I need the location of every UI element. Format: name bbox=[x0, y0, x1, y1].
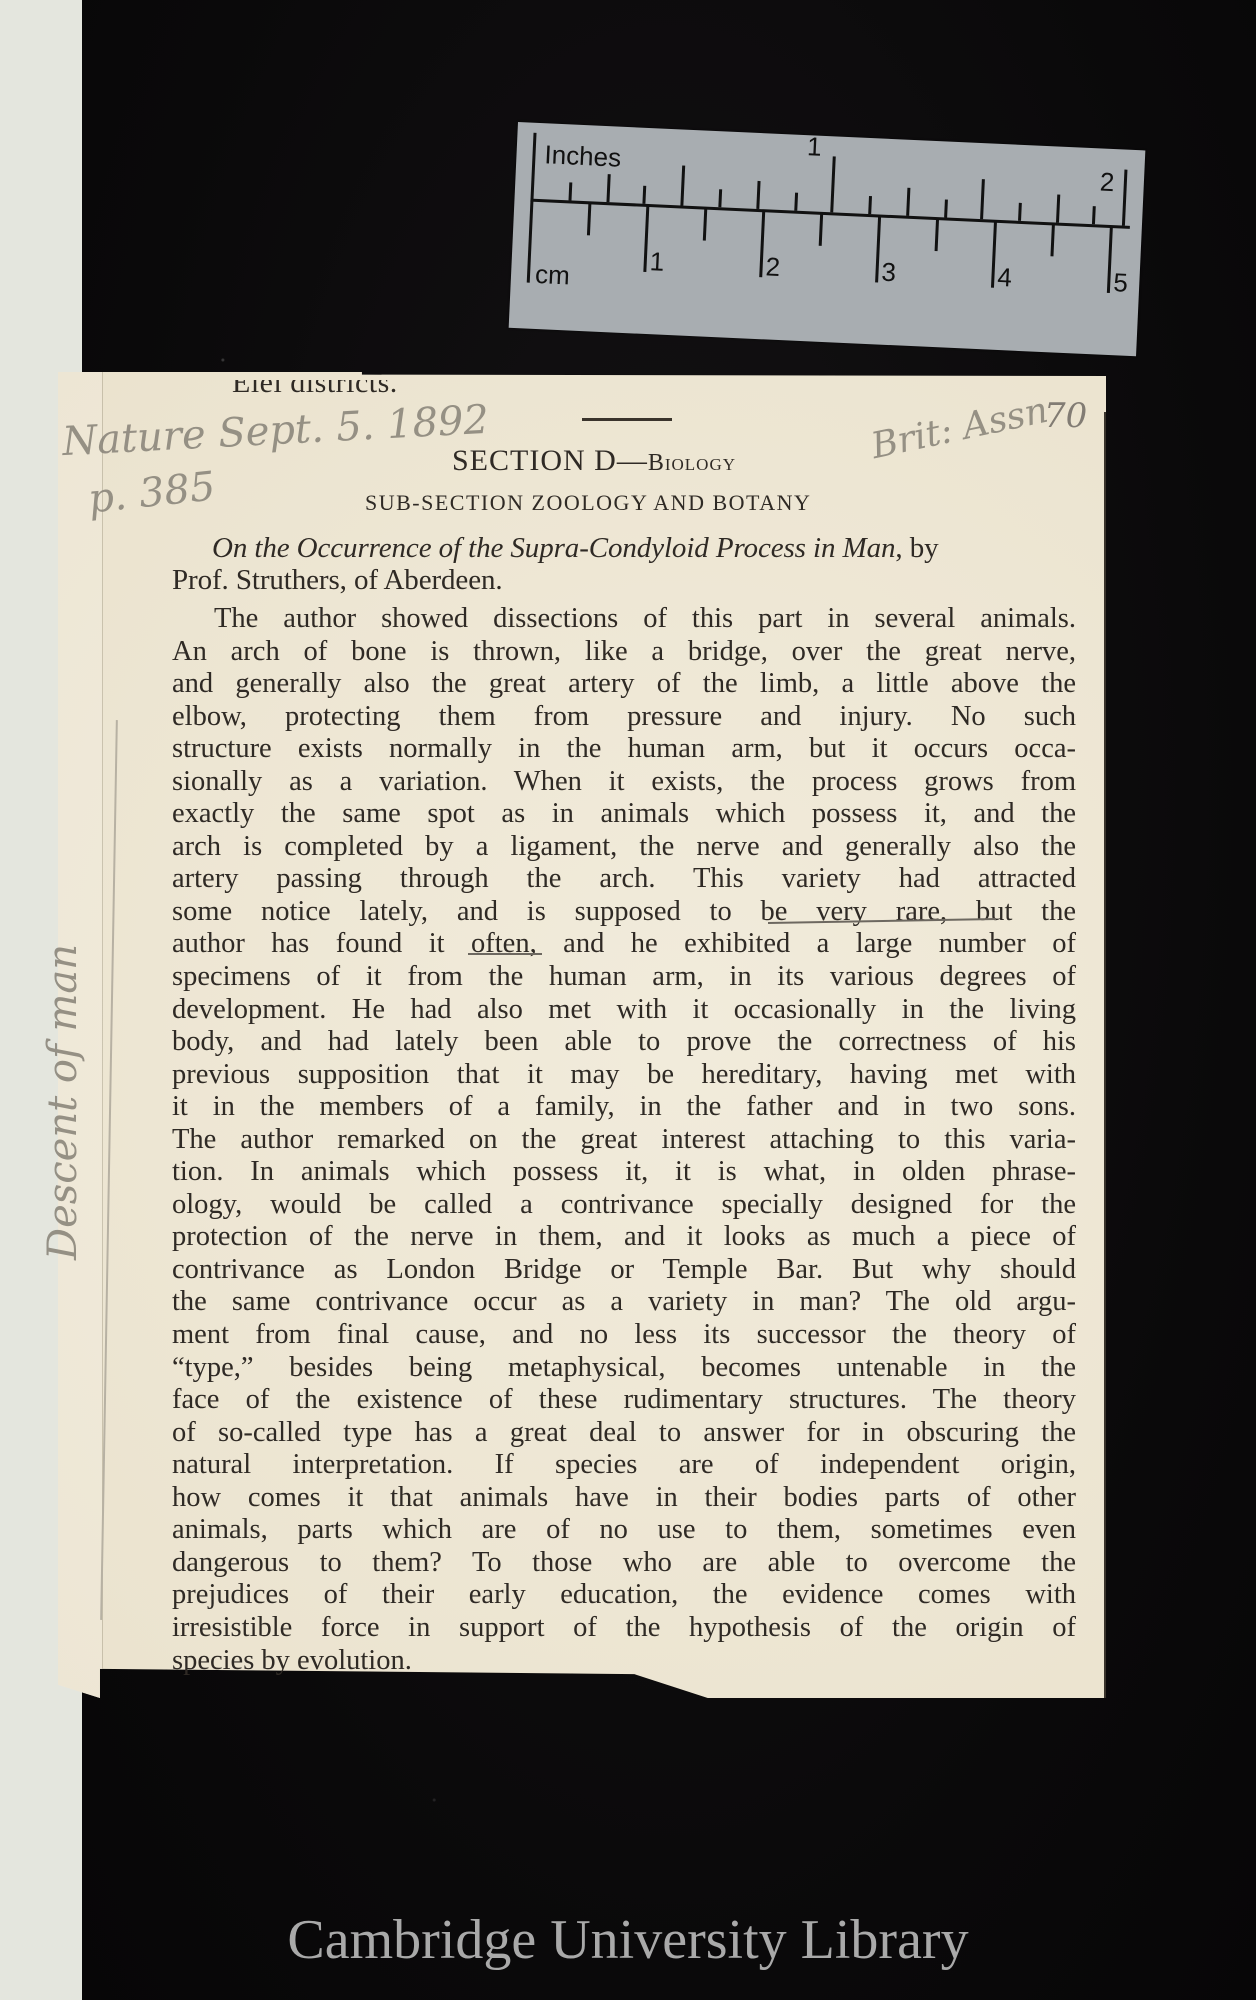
body-line: protection of the nerve in them, and it … bbox=[172, 1221, 1076, 1254]
body-line: and generally also the great artery of t… bbox=[172, 668, 1076, 701]
cm-number-3: 3 bbox=[881, 257, 897, 289]
inches-label: Inches bbox=[544, 139, 622, 173]
body-line: An arch of bone is thrown, like a bridge… bbox=[172, 636, 1076, 669]
cm-label: cm bbox=[534, 259, 570, 292]
body-line: specimens of it from the human arm, in i… bbox=[172, 961, 1076, 994]
body-line: dangerous to them? To those who are able… bbox=[172, 1547, 1076, 1580]
body-line: elbow, protecting them from pressure and… bbox=[172, 701, 1076, 734]
section-title: SECTION D—Biology bbox=[452, 444, 736, 478]
body-line: ment from final cause, and no less its s… bbox=[172, 1319, 1076, 1352]
inch-number-1: 1 bbox=[806, 131, 822, 163]
body-line: development. He had also met with it occ… bbox=[172, 994, 1076, 1027]
library-watermark: Cambridge University Library bbox=[0, 1908, 1256, 1972]
body-line: some notice lately, and is supposed to b… bbox=[172, 896, 1076, 929]
body-line: The author remarked on the great interes… bbox=[172, 1124, 1076, 1157]
handwritten-folio-number: 70 bbox=[1044, 396, 1087, 436]
body-line: structure exists normally in the human a… bbox=[172, 733, 1076, 766]
body-line: contrivance as London Bridge or Temple B… bbox=[172, 1254, 1076, 1287]
column-rule bbox=[1104, 412, 1106, 1702]
section-separator-rule bbox=[582, 418, 672, 421]
body-line: it in the members of a family, in the fa… bbox=[172, 1091, 1076, 1124]
body-line: irresistible force in support of the hyp… bbox=[172, 1612, 1076, 1645]
body-line: author has found it often, and he exhibi… bbox=[172, 928, 1076, 961]
body-line: ology, would be called a contrivance spe… bbox=[172, 1189, 1076, 1222]
author-line: Prof. Struthers, of Aberdeen. bbox=[172, 564, 503, 597]
body-line: the same contrivance occur as a variety … bbox=[172, 1286, 1076, 1319]
body-line: sionally as a variation. When it exists,… bbox=[172, 766, 1076, 799]
body-line: of so-called type has a great deal to an… bbox=[172, 1417, 1076, 1450]
handwritten-margin-note: Descent of man bbox=[40, 944, 86, 1260]
paper-title: On the Occurrence of the Supra-Condyloid… bbox=[212, 532, 939, 565]
section-title-biology: Biology bbox=[648, 450, 736, 476]
paper-title-italic: On the Occurrence of the Supra-Condyloid… bbox=[212, 532, 895, 564]
body-line: “type,” besides being metaphysical, beco… bbox=[172, 1352, 1076, 1385]
body-line: animals, parts which are of no use to th… bbox=[172, 1514, 1076, 1547]
body-line: face of the existence of these rudimenta… bbox=[172, 1384, 1076, 1417]
cm-number-4: 4 bbox=[997, 262, 1013, 294]
sub-section-title: SUB-SECTION ZOOLOGY AND BOTANY bbox=[365, 490, 811, 516]
body-line: The author showed dissections of this pa… bbox=[172, 603, 1076, 636]
body-line: species by evolution. bbox=[172, 1645, 1076, 1678]
cm-number-2: 2 bbox=[765, 251, 781, 283]
pencil-underline-often bbox=[468, 953, 542, 955]
body-line: exactly the same spot as in animals whic… bbox=[172, 798, 1076, 831]
body-line: prejudices of their early education, the… bbox=[172, 1579, 1076, 1612]
body-line: tion. In animals which possess it, it is… bbox=[172, 1156, 1076, 1189]
body-line: body, and had lately been able to prove … bbox=[172, 1026, 1076, 1059]
scale-ruler: Inches cm 1 2 1 2 3 4 5 bbox=[509, 122, 1146, 356]
body-line: artery passing through the arch. This va… bbox=[172, 863, 1076, 896]
inch-number-2: 2 bbox=[1099, 166, 1115, 198]
cm-number-1: 1 bbox=[649, 246, 665, 278]
body-line: arch is completed by a ligament, the ner… bbox=[172, 831, 1076, 864]
article-body: The author showed dissections of this pa… bbox=[172, 603, 1076, 1677]
body-line: how comes it that animals have in their … bbox=[172, 1482, 1076, 1515]
body-line: previous supposition that it may be here… bbox=[172, 1059, 1076, 1092]
cm-number-5: 5 bbox=[1113, 267, 1129, 299]
body-line: natural interpretation. If species are o… bbox=[172, 1449, 1076, 1482]
